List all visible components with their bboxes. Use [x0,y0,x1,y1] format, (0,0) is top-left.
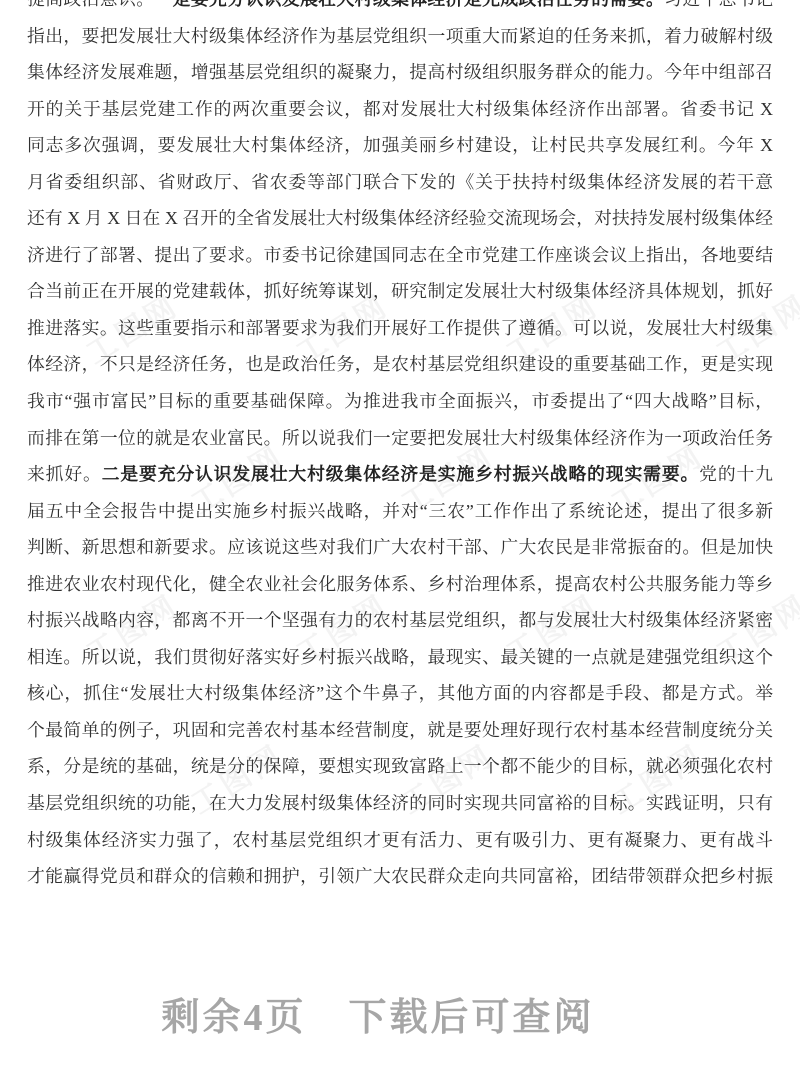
text-segment: 推进农业农村现代化，健全农业社会化服务体系、乡村治理体系，提高农村公共服务能力等… [27,574,773,594]
text-line: 指出，要把发展壮大村级集体经济作为基层党组织一项重大而紧迫的任务来抓，着力破解村… [27,18,773,55]
text-segment: 核心，抓住“发展壮大村级集体经济”这个牛鼻子，其他方面的内容都是手段、都是方式。… [27,683,773,703]
text-line: 还有 X 月 X 日在 X 召开的全省发展壮大村级集体经济经验交流现场会，对扶持… [27,200,773,237]
text-line: 推进落实。这些重要指示和部署要求为我们开展好工作提供了遵循。可以说，发展壮大村级… [27,310,773,347]
text-segment: 村振兴战略内容，都离不开一个坚强有力的农村基层党组织，都与发展壮大村级集体经济紧… [27,610,773,630]
document-page: 工图网工图网工图网工图网工图网工图网工图网工图网工图网工图网工图网工图网工图网工… [0,0,800,1089]
text-segment: 而排在第一位的就是农业富民。所以说我们一定要把发展壮大村级集体经济作为一项政治任… [27,428,773,448]
text-segment: 指出，要把发展壮大村级集体经济作为基层党组织一项重大而紧迫的任务来抓，着力破解村… [27,26,773,46]
text-line: 推进农业农村现代化，健全农业社会化服务体系、乡村治理体系，提高农村公共服务能力等… [27,566,773,603]
download-banner: 剩余4页 下载后可查阅 [0,986,778,1041]
text-line: 个最简单的例子，巩固和完善农村基本经营制度，就是要处理好现行农村基本经营制度统分… [27,712,773,749]
text-segment: 济进行了部署、提出了要求。市委书记徐建国同志在全市党建工作座谈会议上指出，各地要… [27,245,773,265]
text-line: 集体经济发展难题，增强基层党组织的凝聚力，提高村级组织服务群众的能力。今年中组部… [27,54,773,91]
text-segment: 村级集体经济实力强了，农村基层党组织才更有活力、更有吸引力、更有凝聚力、更有战斗… [27,830,773,859]
bold-text-segment: 一是要充分认识发展壮大村级集体经济是完成政治任务的需要。 [154,0,664,9]
bold-text-segment: 二是要充分认识发展壮大村级集体经济是实施乡村振兴战略的现实需要。 [102,464,699,484]
text-segment: 届五中全会报告中提出实施乡村振兴战略，并对“三农”工作作出了系统论述，提出了很多… [27,501,773,521]
text-segment: 习近平总书记 [664,0,773,9]
text-line: 相连。所以说，我们贯彻好落实好乡村振兴战略，最现实、最关键的一点就是建强党组织这… [27,639,773,676]
text-segment: 才能赢得党员和群众的信赖和拥护，引领广大农民群众走向共同富裕，团结带领群众把乡村… [27,866,773,886]
text-segment: 集体经济发展难题，增强基层党组织的凝聚力，提高村级组织服务群众的能力。今年中组部… [27,62,773,82]
text-line: 同志多次强调，要发展壮大村集体经济，加强美丽乡村建设，让村民共享发展红利。今年 … [27,127,773,164]
text-segment: 还有 X 月 X 日在 X 召开的全省发展壮大村级集体经济经验交流现场会，对扶持… [27,208,773,228]
text-segment: 我市“强市富民”目标的重要基础保障。为推进我市全面振兴，市委提出了“四大战略”目… [27,391,773,411]
document-body: 提高政治意识。一是要充分认识发展壮大村级集体经济是完成政治任务的需要。习近平总书… [27,0,773,895]
download-note-label: 下载后可查阅 [349,986,595,1041]
text-segment: 判断、新思想和新要求。应该说这些对我们广大农村干部、广大农民是非常振奋的。但是加… [27,537,773,557]
text-line: 基层党组织统的功能，在大力发展村级集体经济的同时实现共同富裕的目标。实践证明，只… [27,785,773,822]
text-line: 系，分是统的基础，统是分的保障，要想实现致富路上一个都不能少的目标，就必须强化农… [27,748,773,785]
text-line: 届五中全会报告中提出实施乡村振兴战略，并对“三农”工作作出了系统论述，提出了很多… [27,493,773,530]
text-line: 才能赢得党员和群众的信赖和拥护，引领广大农民群众走向共同富裕，团结带领群众把乡村… [27,858,773,895]
text-line: 村级集体经济实力强了，农村基层党组织才更有活力、更有吸引力、更有凝聚力、更有战斗… [27,822,773,859]
text-segment: 来抓好。 [27,464,102,484]
text-line: 合当前正在开展的党建载体，抓好统筹谋划，研究制定发展壮大村级集体经济具体规划，抓… [27,273,773,310]
text-segment: 开的关于基层党建工作的两次重要会议，都对发展壮大村级集体经济作出部署。省委书记 … [27,99,773,119]
text-line: 核心，抓住“发展壮大村级集体经济”这个牛鼻子，其他方面的内容都是手段、都是方式。… [27,675,773,712]
text-segment: 同志多次强调，要发展壮大村集体经济，加强美丽乡村建设，让村民共享发展红利。今年 … [27,135,773,155]
text-segment: 推进落实。这些重要指示和部署要求为我们开展好工作提供了遵循。可以说，发展壮大村级… [27,318,773,338]
text-line: 提高政治意识。一是要充分认识发展壮大村级集体经济是完成政治任务的需要。习近平总书… [27,0,773,18]
text-segment: 体经济，不只是经济任务，也是政治任务，是农村基层党组织建设的重要基础工作，更是实… [27,354,773,374]
text-segment: 党的十九 [699,464,773,484]
text-segment: 系，分是统的基础，统是分的保障，要想实现致富路上一个都不能少的目标，就必须强化农… [27,756,773,776]
text-line: 体经济，不只是经济任务，也是政治任务，是农村基层党组织建设的重要基础工作，更是实… [27,346,773,383]
text-segment: 提高政治意识。 [27,0,154,9]
text-segment: 个最简单的例子，巩固和完善农村基本经营制度，就是要处理好现行农村基本经营制度统分… [27,720,773,740]
text-line: 开的关于基层党建工作的两次重要会议，都对发展壮大村级集体经济作出部署。省委书记 … [27,91,773,128]
text-segment: 合当前正在开展的党建载体，抓好统筹谋划，研究制定发展壮大村级集体经济具体规划，抓… [27,281,773,301]
pages-remaining-label: 剩余4页 [161,986,306,1041]
text-segment: 相连。所以说，我们贯彻好落实好乡村振兴战略，最现实、最关键的一点就是建强党组织这… [27,647,773,667]
text-line: 我市“强市富民”目标的重要基础保障。为推进我市全面振兴，市委提出了“四大战略”目… [27,383,773,420]
text-line: 判断、新思想和新要求。应该说这些对我们广大农村干部、广大农民是非常振奋的。但是加… [27,529,773,566]
text-line: 月省委组织部、省财政厅、省农委等部门联合下发的《关于扶持村级集体经济发展的若干意… [27,164,773,201]
text-line: 济进行了部署、提出了要求。市委书记徐建国同志在全市党建工作座谈会议上指出，各地要… [27,237,773,274]
text-segment: 基层党组织统的功能，在大力发展村级集体经济的同时实现共同富裕的目标。实践证明，只… [27,793,773,813]
text-line: 而排在第一位的就是农业富民。所以说我们一定要把发展壮大村级集体经济作为一项政治任… [27,420,773,457]
text-segment: 月省委组织部、省财政厅、省农委等部门联合下发的《关于扶持村级集体经济发展的若干意… [27,172,773,201]
text-line: 来抓好。二是要充分认识发展壮大村级集体经济是实施乡村振兴战略的现实需要。党的十九 [27,456,773,493]
text-line: 村振兴战略内容，都离不开一个坚强有力的农村基层党组织，都与发展壮大村级集体经济紧… [27,602,773,639]
